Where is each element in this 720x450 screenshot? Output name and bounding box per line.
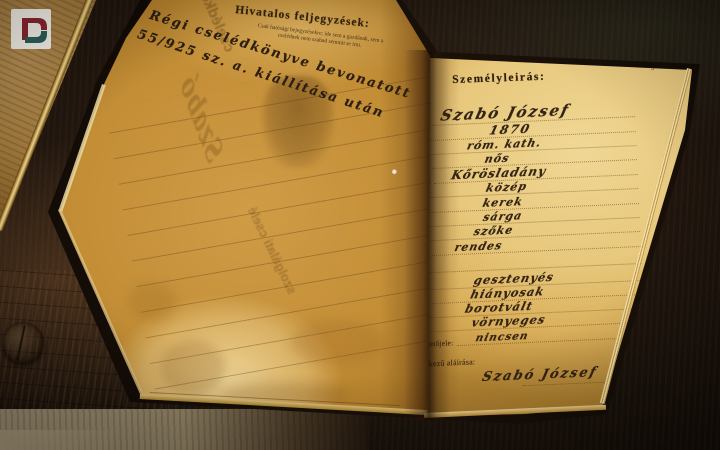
field-value: rendes [453,239,504,254]
field-value: kerek [481,195,524,210]
field-value: nős [483,152,511,166]
page-stain [160,340,225,395]
field-value: szőke [472,223,515,238]
ds-monogram-icon [11,9,51,49]
paper-speck [392,169,397,175]
field-value: Szabó József [439,101,572,125]
field-value: sárga [482,209,524,224]
field-value: nincsen [474,330,530,344]
right-page-title: Személyleirás: [452,71,546,86]
left-page-header: Hivatalos feljegyzések: [235,4,371,30]
page-stain [128,282,176,322]
page-stain [290,320,385,365]
field-value: 1870 [488,122,533,138]
photo-scene: cselédkönyv szolgálati cselé Szabó Hivat… [0,0,720,450]
broadcaster-logo [11,9,51,49]
field-value: közép [485,180,529,195]
wood-floor-highlight [0,430,120,450]
